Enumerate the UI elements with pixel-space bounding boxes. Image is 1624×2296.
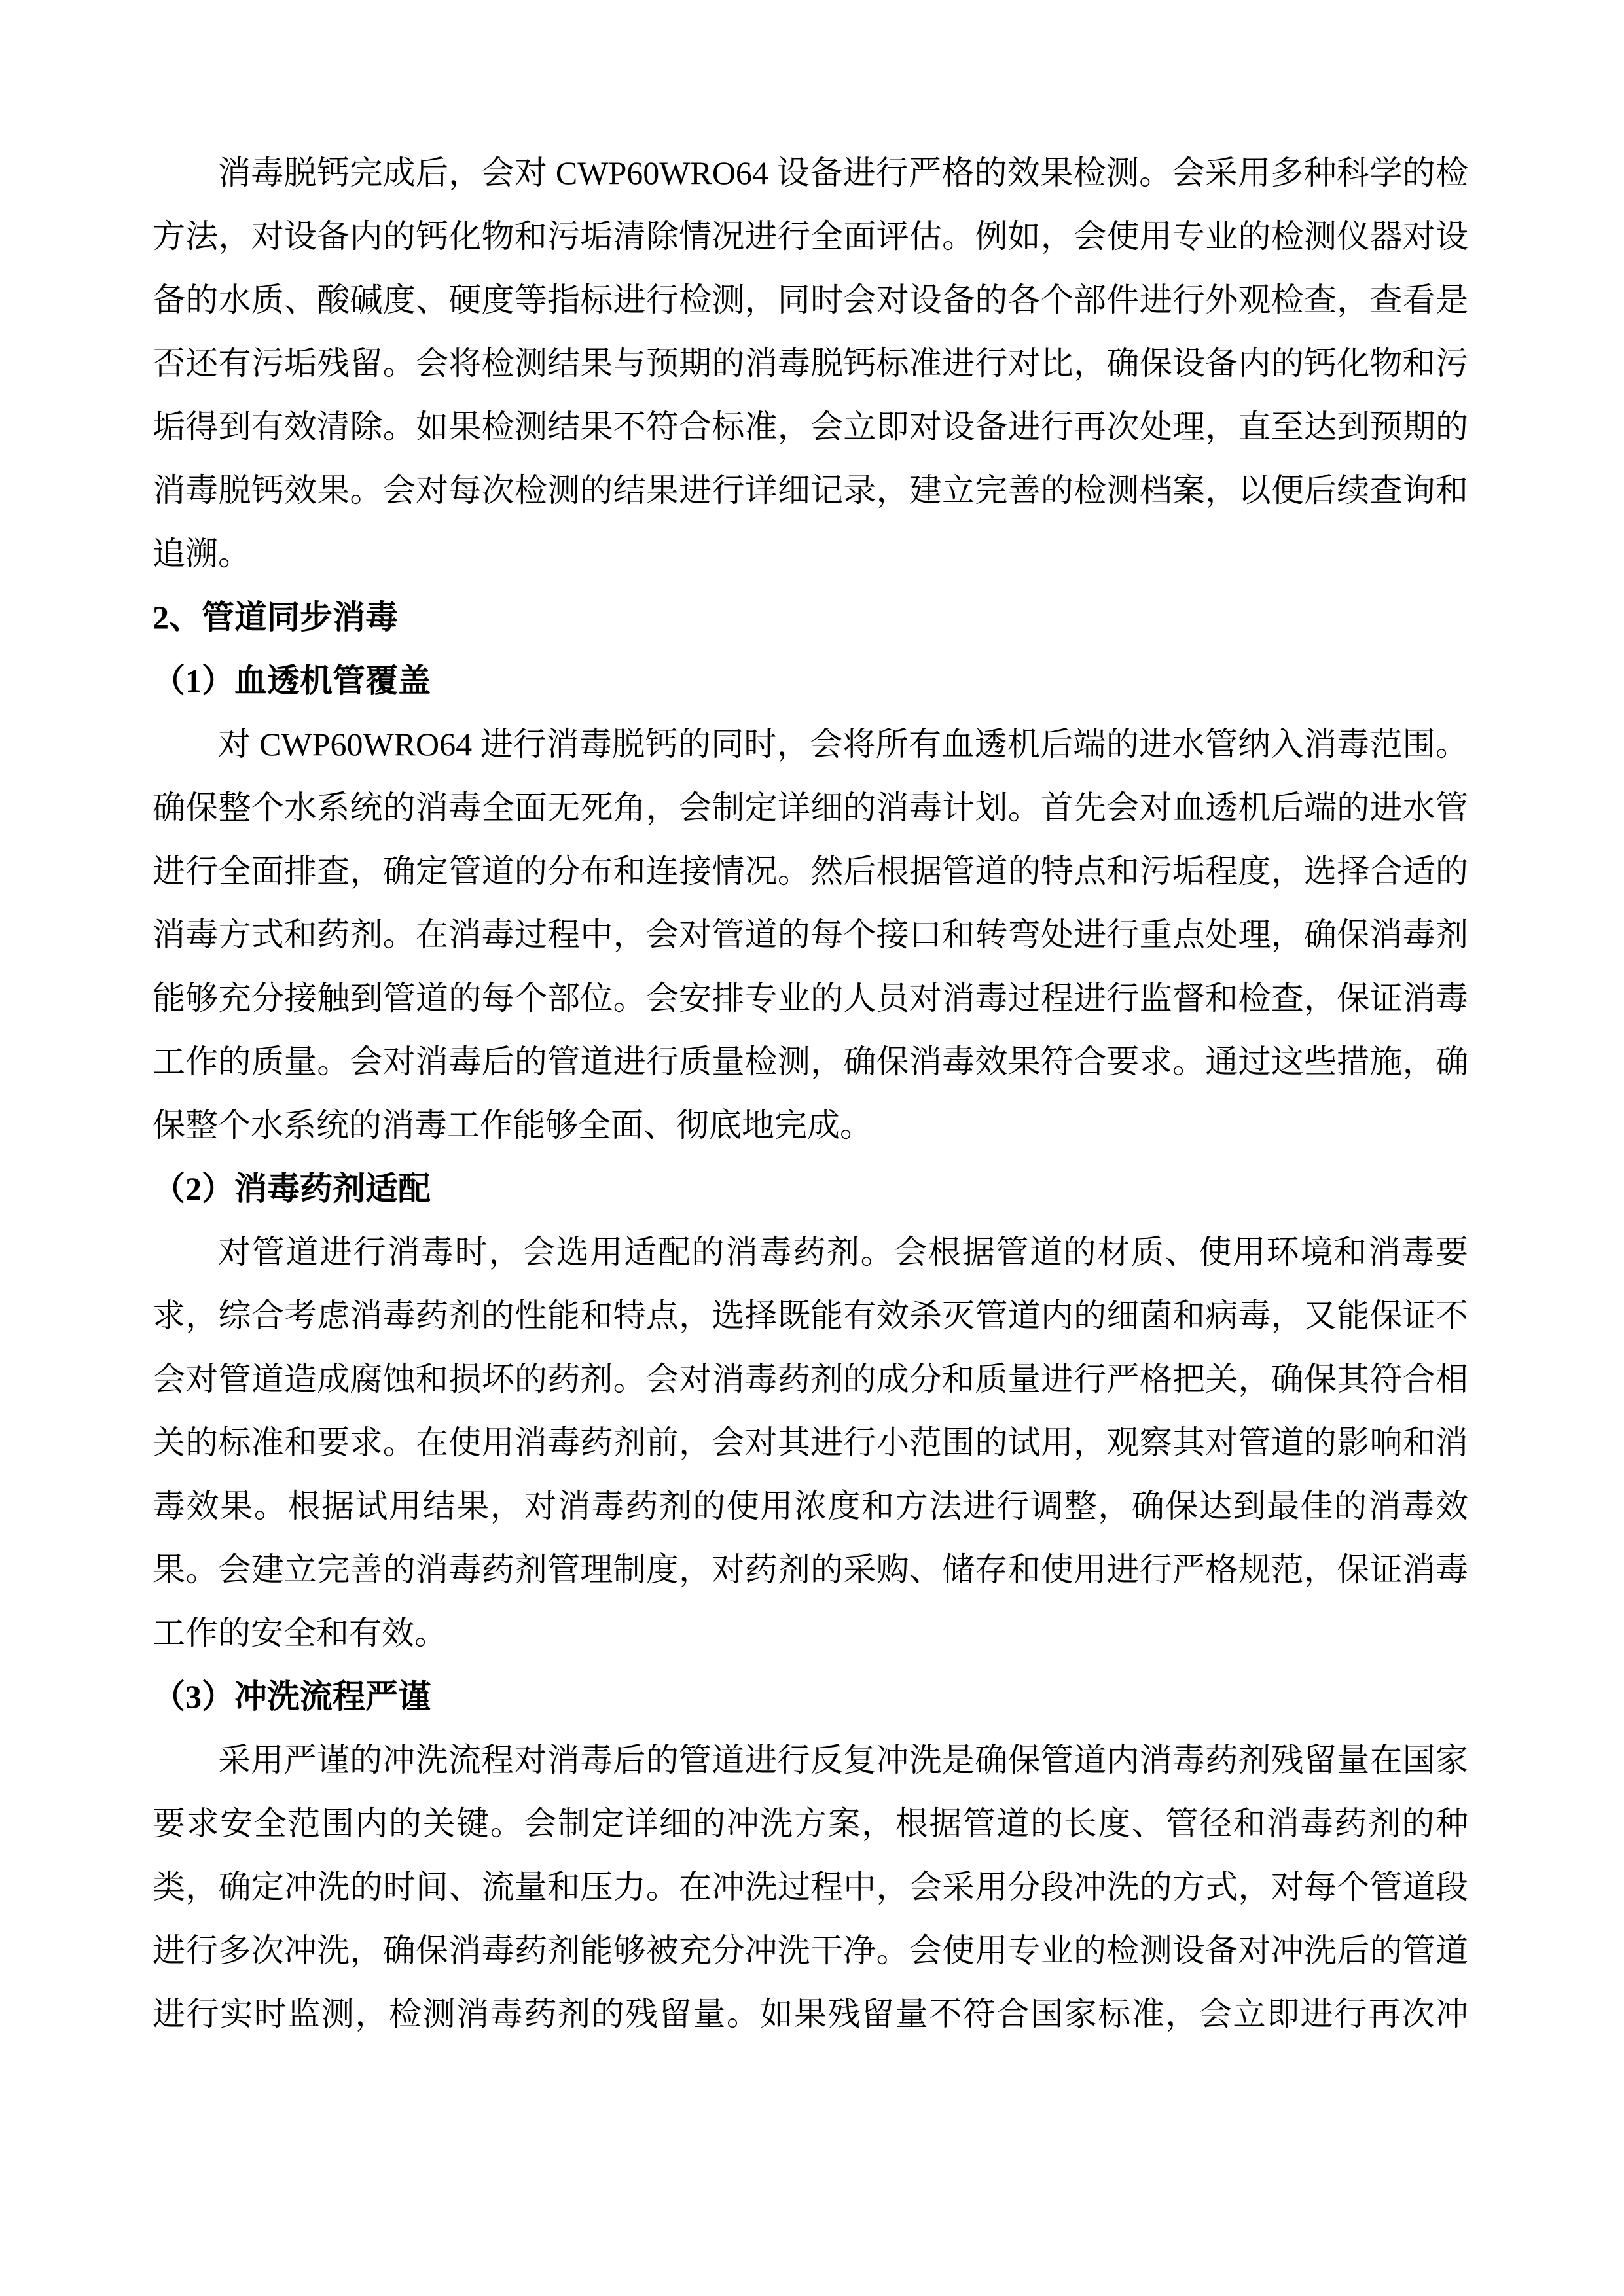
paragraph-line: 保整个水系统的消毒工作能够全面、彻底地完成。 bbox=[153, 1094, 1468, 1157]
paragraph-line: 进行实时监测，检测消毒药剂的残留量。如果残留量不符合国家标准，会立即进行再次冲 bbox=[153, 1982, 1468, 2046]
paragraph-line: 进行全面排查，确定管道的分布和连接情况。然后根据管道的特点和污垢程度，选择合适的 bbox=[153, 840, 1468, 903]
paragraph-line: 工作的质量。会对消毒后的管道进行质量检测，确保消毒效果符合要求。通过这些措施，确 bbox=[153, 1030, 1468, 1094]
paragraph-line: 关的标准和要求。在使用消毒药剂前，会对其进行小范围的试用，观察其对管道的影响和消 bbox=[153, 1411, 1468, 1475]
paragraph-line: 消毒脱钙效果。会对每次检测的结果进行详细记录，建立完善的检测档案，以便后续查询和 bbox=[153, 459, 1468, 522]
paragraph-line: 类，确定冲洗的时间、流量和压力。在冲洗过程中，会采用分段冲洗的方式，对每个管道段 bbox=[153, 1856, 1468, 1919]
subsection-heading: （1）血透机管覆盖 bbox=[153, 649, 1468, 713]
paragraph-line: 要求安全范围内的关键。会制定详细的冲洗方案，根据管道的长度、管径和消毒药剂的种 bbox=[153, 1792, 1468, 1856]
paragraph-line: 能够充分接触到管道的每个部位。会安排专业的人员对消毒过程进行监督和检查，保证消毒 bbox=[153, 967, 1468, 1030]
subsection-heading: （2）消毒药剂适配 bbox=[153, 1157, 1468, 1221]
paragraph-line: 会对管道造成腐蚀和损坏的药剂。会对消毒药剂的成分和质量进行严格把关，确保其符合相 bbox=[153, 1348, 1468, 1411]
paragraph-line: 消毒脱钙完成后，会对 CWP60WRO64 设备进行严格的效果检测。会采用多种科… bbox=[153, 141, 1468, 205]
paragraph-line: 备的水质、酸碱度、硬度等指标进行检测，同时会对设备的各个部件进行外观检查，查看是 bbox=[153, 268, 1468, 332]
paragraph-line: 消毒方式和药剂。在消毒过程中，会对管道的每个接口和转弯处进行重点处理，确保消毒剂 bbox=[153, 903, 1468, 967]
section-heading: 2、管道同步消毒 bbox=[153, 586, 1468, 649]
paragraph-line: 果。会建立完善的消毒药剂管理制度，对药剂的采购、储存和使用进行严格规范，保证消毒 bbox=[153, 1538, 1468, 1602]
paragraph-line: 对管道进行消毒时，会选用适配的消毒药剂。会根据管道的材质、使用环境和消毒要 bbox=[153, 1221, 1468, 1284]
paragraph-line: 方法，对设备内的钙化物和污垢清除情况进行全面评估。例如，会使用专业的检测仪器对设 bbox=[153, 205, 1468, 268]
subsection-heading: （3）冲洗流程严谨 bbox=[153, 1665, 1468, 1729]
document-page: 消毒脱钙完成后，会对 CWP60WRO64 设备进行严格的效果检测。会采用多种科… bbox=[0, 0, 1624, 2296]
paragraph-line: 确保整个水系统的消毒全面无死角，会制定详细的消毒计划。首先会对血透机后端的进水管 bbox=[153, 776, 1468, 840]
paragraph-line: 追溯。 bbox=[153, 522, 1468, 586]
paragraph-line: 毒效果。根据试用结果，对消毒药剂的使用浓度和方法进行调整，确保达到最佳的消毒效 bbox=[153, 1475, 1468, 1538]
paragraph-line: 求，综合考虑消毒药剂的性能和特点，选择既能有效杀灭管道内的细菌和病毒，又能保证不 bbox=[153, 1284, 1468, 1348]
paragraph-line: 否还有污垢残留。会将检测结果与预期的消毒脱钙标准进行对比，确保设备内的钙化物和污 bbox=[153, 332, 1468, 395]
paragraph-line: 采用严谨的冲洗流程对消毒后的管道进行反复冲洗是确保管道内消毒药剂残留量在国家 bbox=[153, 1729, 1468, 1792]
paragraph-line: 工作的安全和有效。 bbox=[153, 1602, 1468, 1665]
paragraph-line: 垢得到有效清除。如果检测结果不符合标准，会立即对设备进行再次处理，直至达到预期的 bbox=[153, 395, 1468, 459]
paragraph-line: 进行多次冲洗，确保消毒药剂能够被充分冲洗干净。会使用专业的检测设备对冲洗后的管道 bbox=[153, 1919, 1468, 1982]
paragraph-line: 对 CWP60WRO64 进行消毒脱钙的同时，会将所有血透机后端的进水管纳入消毒… bbox=[153, 713, 1468, 776]
document-body: 消毒脱钙完成后，会对 CWP60WRO64 设备进行严格的效果检测。会采用多种科… bbox=[153, 141, 1468, 2046]
